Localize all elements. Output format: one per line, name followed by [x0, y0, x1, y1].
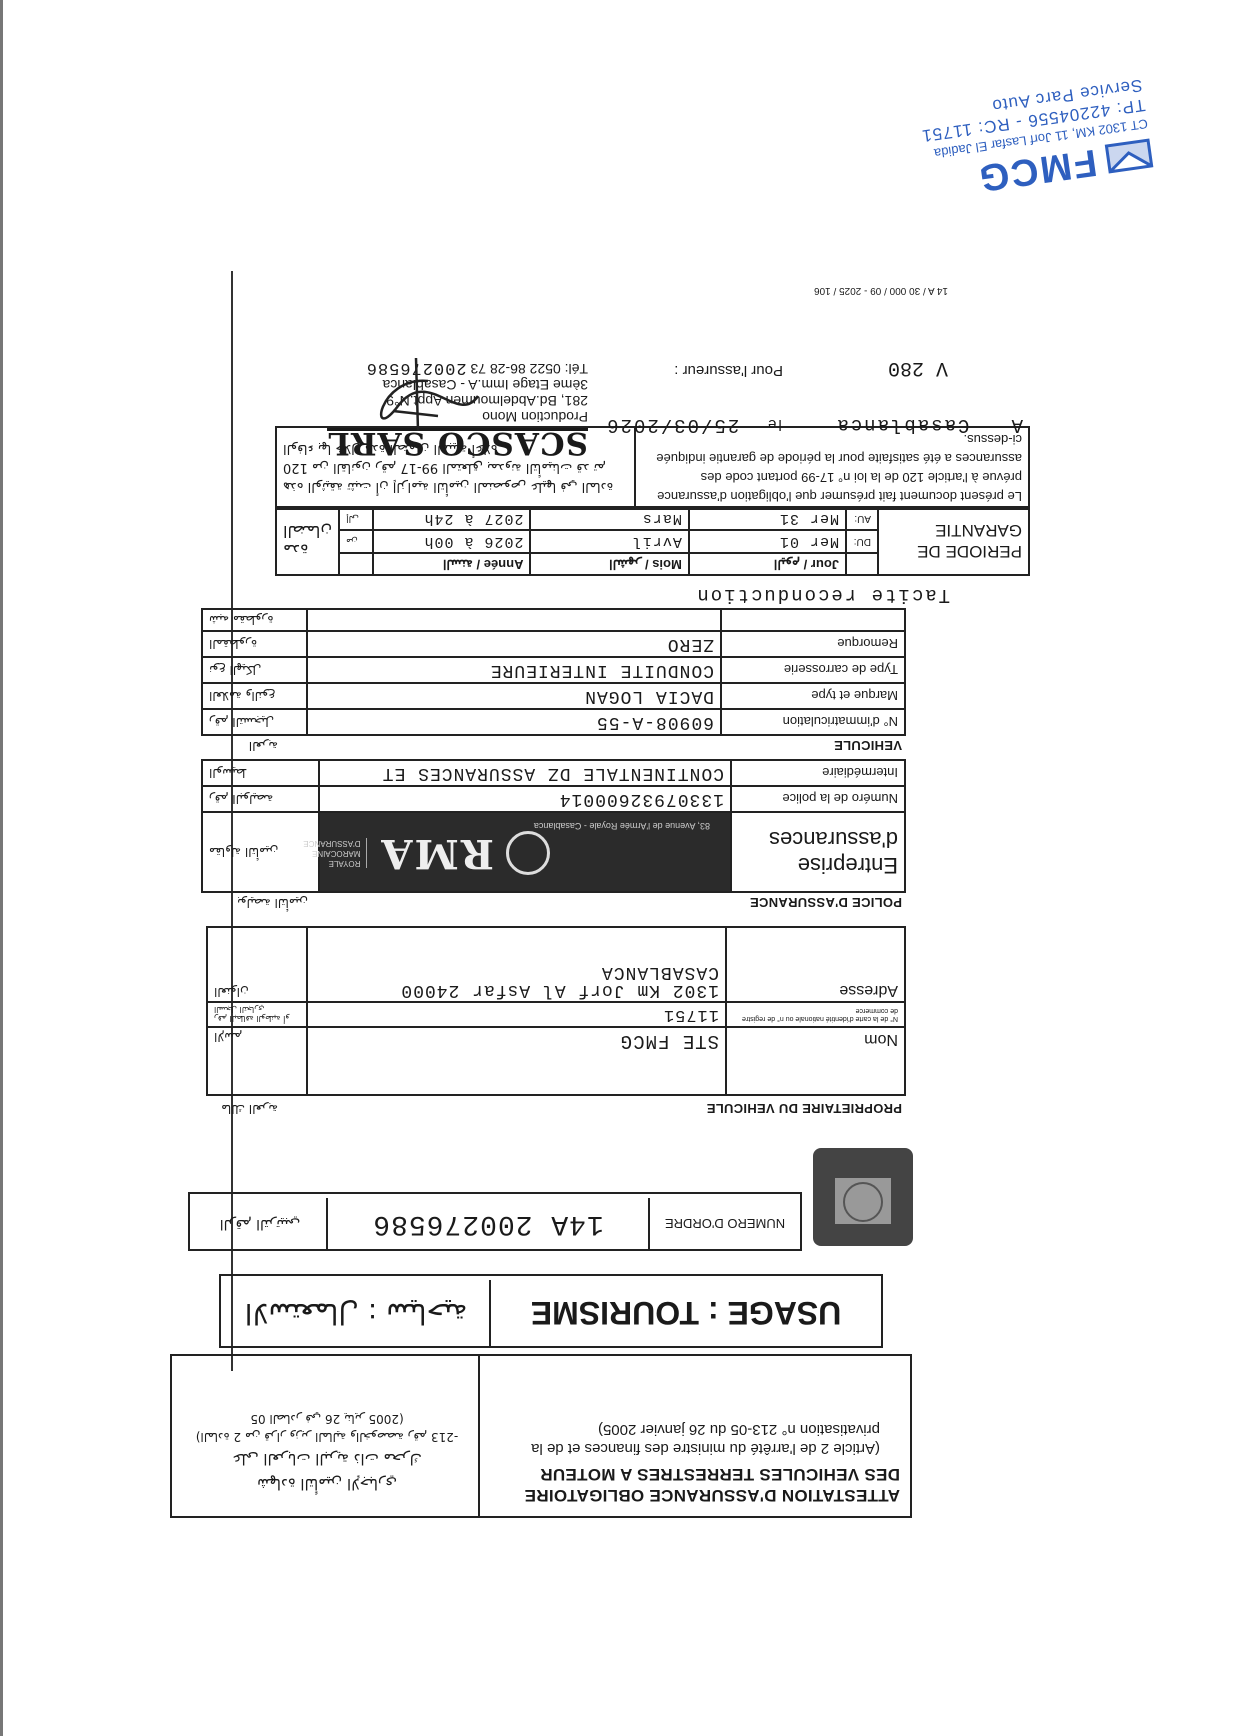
- table-row: PERIODE DE GARANTIE Jour / اليوم Mois / …: [276, 553, 1029, 575]
- vehicule-table: N° d'immatriculation 60908-A-55 رقم التس…: [201, 608, 906, 736]
- registration-number: 60908-A-55: [307, 709, 721, 735]
- table-row: N° d'immatriculation 60908-A-55 رقم التس…: [202, 709, 905, 735]
- periode-label: PERIODE DE GARANTIE: [878, 507, 1029, 575]
- rotated-document: ATTESTATION D'ASSURANCE OBLIGATOIRE DES …: [0, 0, 1238, 1736]
- pour-assureur: Pour l'assureur :: [674, 362, 783, 379]
- company-stamp: FMCG CT 1302 KM, 11 Jorf Lasfar El Jadid…: [841, 56, 1155, 217]
- trailer: ZERO: [307, 631, 721, 657]
- document-reference: 14 A / 30 000 / 09 - 2025 / 106: [814, 285, 948, 296]
- periode-table: PERIODE DE GARANTIE Jour / اليوم Mois / …: [275, 506, 1030, 576]
- table-row: Numéro de la police 13307932600014 رقم ا…: [202, 786, 905, 812]
- title-ar-box: شهادة التأمين الإجباري على العربات البري…: [170, 1354, 482, 1518]
- insurer-brand: RMA: [379, 830, 494, 877]
- numero-ordre-value: 14A 200276586: [326, 1198, 648, 1249]
- fmcg-logo-icon: [1104, 138, 1154, 174]
- usage-box: USAGE : TOURISME الاستعمال : سياحية: [219, 1274, 883, 1348]
- section-vehicule: VEHICULE: [834, 738, 902, 753]
- table-row: شبه مقطورة: [202, 609, 905, 631]
- entreprise-label: Entreprise d'assurances: [731, 812, 905, 892]
- table-row: N° de la carte d'identité nationale ou n…: [207, 1002, 905, 1027]
- table-row: Nom STE FMCG الإسم: [207, 1027, 905, 1095]
- end-day: Mer 31: [689, 507, 846, 530]
- table-row: Entreprise d'assurances RMA ROYALE MAROC…: [202, 812, 905, 892]
- title-fr-reference: (Article 2 de l'arrêté du ministre des f…: [500, 1420, 880, 1458]
- start-year: 2026 à 00h: [373, 530, 531, 553]
- end-year: 2027 à 24h: [373, 507, 531, 530]
- table-row: Intermédiaire CONTINENTALE DZ ASSURANCES…: [202, 760, 905, 786]
- insurer-banner: RMA ROYALE MAROCAINE D'ASSURANCE 83, Ave…: [319, 812, 731, 892]
- section-proprietaire: PROPRIETAIRE DU VEHICULE: [707, 1101, 902, 1116]
- signature-icon: [368, 356, 488, 436]
- table-row: Type de carrosserie CONDUITE INTERIEURE …: [202, 657, 905, 683]
- table-row: Adresse 1302 Km Jorf Al Asfar 24000 CASA…: [207, 927, 905, 1002]
- signoff-line: A Casablanca le 25/03/2026: [605, 414, 1023, 436]
- body-type: CONDUITE INTERIEURE: [307, 657, 721, 683]
- intermediary: CONTINENTALE DZ ASSURANCES ET: [319, 760, 731, 786]
- insurer-emblem-icon: [813, 1148, 913, 1246]
- title-ar: شهادة التأمين الإجباري على العربات البري…: [192, 1410, 462, 1496]
- numero-ordre-label: NUMERO D'ORDRE: [648, 1198, 800, 1249]
- table-row: Remorque ZERO المقطورة: [202, 631, 905, 657]
- start-day: Mer 01: [689, 530, 846, 553]
- usage-fr: USAGE : TOURISME: [489, 1280, 881, 1346]
- v-code: V 280: [888, 356, 948, 379]
- issue-date: 25/03/2026: [605, 414, 739, 436]
- numero-ordre-box: NUMERO D'ORDRE 14A 200276586 الرقم الترت…: [188, 1192, 802, 1251]
- tacite-reconduction: Tacite reconduction: [695, 584, 950, 606]
- proprietaire-table: Nom STE FMCG الإسم N° de la carte d'iden…: [206, 926, 906, 1096]
- policy-number: 13307932600014: [319, 786, 731, 812]
- end-month: Mars: [530, 507, 688, 530]
- legal-text-fr: Le présent document fait présumer que l'…: [635, 427, 1029, 509]
- numero-ordre-ar: الرقم الترتيبي: [194, 1198, 326, 1249]
- owner-address: 1302 Km Jorf Al Asfar 24000 CASABLANCA: [307, 927, 726, 1002]
- owner-id: 11751: [307, 1002, 726, 1027]
- section-police: POLICE D'ASSURANCE: [750, 895, 902, 910]
- rma-seal-icon: [506, 832, 550, 876]
- usage-ar: الاستعمال : سياحية: [223, 1280, 489, 1346]
- police-table: Entreprise d'assurances RMA ROYALE MAROC…: [201, 759, 906, 893]
- table-row: Marque et type DACIA LOGAN العلامة والنو…: [202, 683, 905, 709]
- owner-name: STE FMCG: [307, 1027, 726, 1095]
- title-box: ATTESTATION D'ASSURANCE OBLIGATOIRE DES …: [478, 1354, 912, 1518]
- start-month: Avril: [530, 530, 688, 553]
- title-fr: ATTESTATION D'ASSURANCE OBLIGATOIRE DES …: [524, 1464, 900, 1506]
- make-model: DACIA LOGAN: [307, 683, 721, 709]
